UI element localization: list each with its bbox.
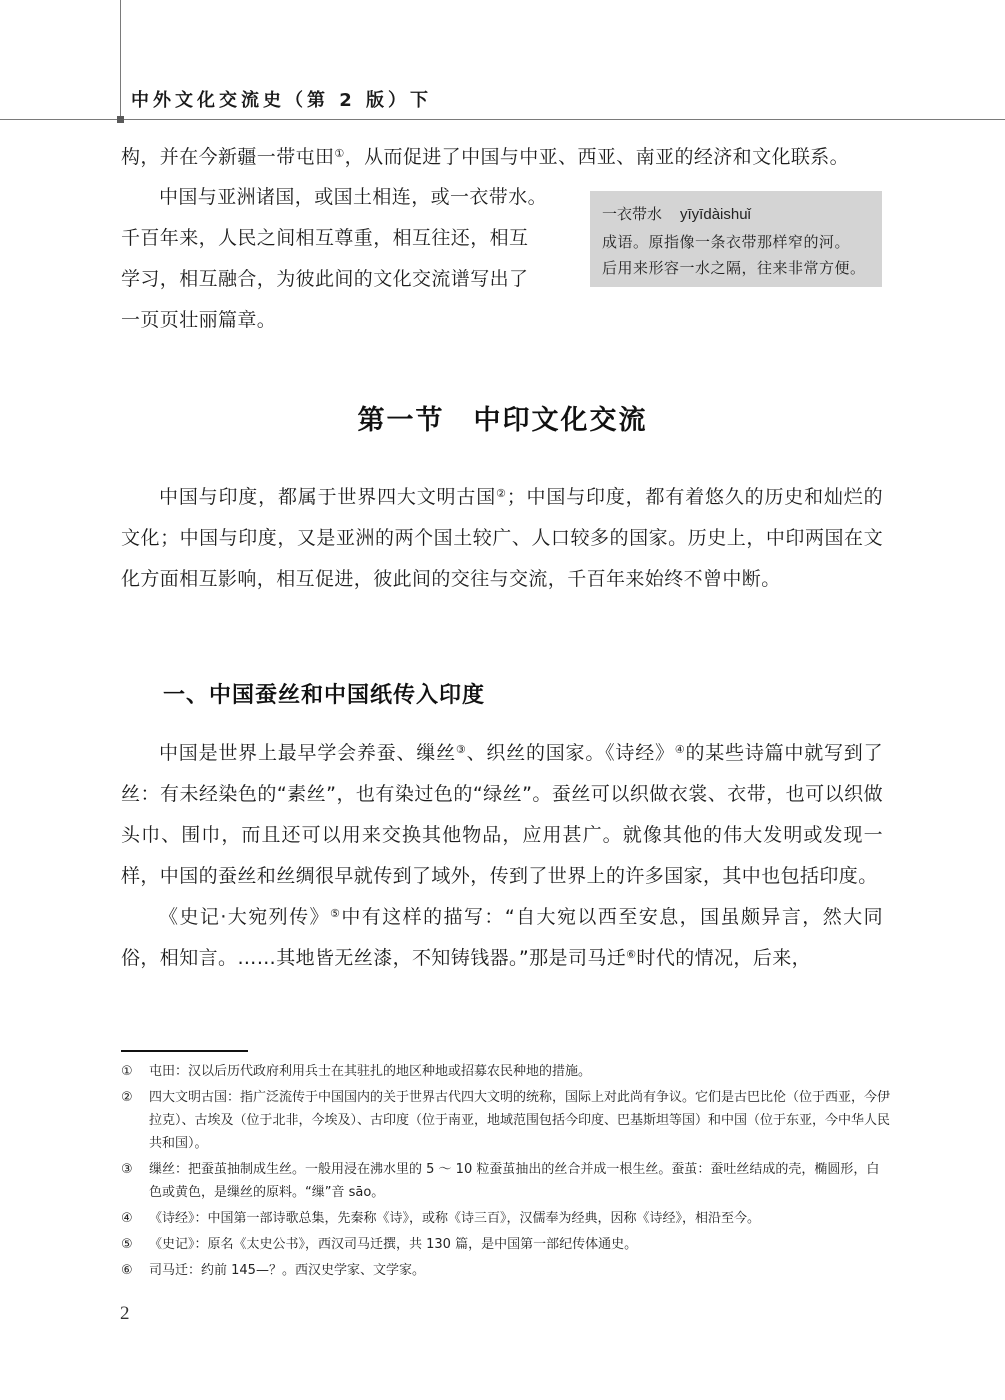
running-title: 中外文化交流史（第 2 版）下	[131, 86, 432, 112]
header-corner-marker	[117, 116, 124, 123]
intro-line-1: 中国与亚洲诸国，或国土相连，或一衣带水。	[121, 177, 571, 218]
footnote-ref-5[interactable]: ⑤	[330, 907, 341, 920]
intro-line-2: 千百年来，人民之间相互尊重，相互往还，相互	[121, 218, 571, 259]
footnote-2: ② 四大文明古国：指广泛流传于中国国内的关于世界古代四大文明的统称，国际上对此尚…	[121, 1086, 891, 1155]
vocab-pinyin: yīyīdàishuǐ	[680, 206, 751, 223]
footnote-5: ⑤ 《史记》：原名《太史公书》，西汉司马迁撰，共 130 篇，是中国第一部纪传体…	[121, 1233, 891, 1256]
vocab-definition-line-2: 后用来形容一水之隔，往来非常方便。	[602, 257, 866, 278]
footnote-text: 司马迁：约前 145—？。西汉史学家、文学家。	[149, 1259, 891, 1282]
intro-text-end: ，从而促进了中国与中亚、西亚、南亚的经济和文化联系。	[345, 146, 849, 168]
footnote-ref-2[interactable]: ②	[496, 487, 507, 500]
intro-paragraph-continued: 构，并在今新疆一带屯田①，从而促进了中国与中亚、西亚、南亚的经济和文化联系。	[121, 137, 883, 178]
subsection-text-a: 中国是世界上最早学会养蚕、缫丝	[159, 742, 456, 764]
footnote-mark: ②	[121, 1086, 149, 1155]
footnote-text: 缫丝：把蚕茧抽制成生丝。一般用浸在沸水里的 5 ～ 10 粒蚕茧抽出的丝合并成一…	[149, 1158, 891, 1204]
footnote-mark: ④	[121, 1207, 149, 1230]
subsection-text-b: 、织丝的国家。《诗经》	[467, 742, 675, 764]
intro-line-3: 学习，相互融合，为彼此间的文化交流谱写出了	[121, 259, 571, 300]
header-vertical-rule	[120, 0, 121, 120]
intro-line: 构，并在今新疆一带屯田①，从而促进了中国与中亚、西亚、南亚的经济和文化联系。	[121, 137, 883, 178]
footnote-separator	[121, 1050, 248, 1052]
footnote-text: 《诗经》：中国第一部诗歌总集，先秦称《诗》，或称《诗三百》，汉儒奉为经典，因称《…	[149, 1207, 891, 1230]
footnote-ref-1[interactable]: ①	[334, 147, 344, 160]
intro-text: 构，并在今新疆一带屯田	[121, 146, 334, 168]
intro-paragraph-2: 中国与亚洲诸国，或国土相连，或一衣带水。 千百年来，人民之间相互尊重，相互往还，…	[121, 177, 571, 341]
section-title: 第一节 中印文化交流	[0, 398, 1005, 437]
vocab-term: 一衣带水	[602, 205, 662, 223]
intro-line-4: 一页页壮丽篇章。	[121, 300, 571, 341]
footnote-text: 屯田：汉以后历代政府利用兵士在其驻扎的地区种地或招募农民种地的措施。	[149, 1060, 891, 1083]
section-paragraph: 中国与印度，都属于世界四大文明古国②；中国与印度，都有着悠久的历史和灿烂的文化；…	[121, 477, 883, 600]
section-text-a: 中国与印度，都属于世界四大文明古国	[159, 486, 496, 508]
header-horizontal-rule	[0, 119, 1005, 120]
footnote-mark: ①	[121, 1060, 149, 1083]
footnote-ref-3[interactable]: ③	[456, 743, 467, 756]
footnote-mark: ③	[121, 1158, 149, 1204]
vocab-definition-line-1: 成语。原指像一条衣带那样窄的河。	[602, 231, 850, 252]
footnote-1: ① 屯田：汉以后历代政府利用兵士在其驻扎的地区种地或招募农民种地的措施。	[121, 1060, 891, 1083]
vocab-term-row: 一衣带水yīyīdàishuǐ	[602, 203, 751, 224]
vocab-note-box: 一衣带水yīyīdàishuǐ 成语。原指像一条衣带那样窄的河。 后用来形容一水…	[590, 191, 882, 287]
footnote-4: ④ 《诗经》：中国第一部诗歌总集，先秦称《诗》，或称《诗三百》，汉儒奉为经典，因…	[121, 1207, 891, 1230]
subsection-p2-text-a: 《史记·大宛列传》	[159, 906, 330, 928]
subsection-paragraph-1: 中国是世界上最早学会养蚕、缫丝③、织丝的国家。《诗经》④的某些诗篇中就写到了丝：…	[121, 733, 883, 979]
page-number: 2	[120, 1303, 130, 1325]
footnote-ref-4[interactable]: ④	[675, 743, 686, 756]
footnote-mark: ⑥	[121, 1259, 149, 1282]
subsection-p2-text-c: 时代的情况，后来，	[636, 947, 811, 969]
footnote-text: 《史记》：原名《太史公书》，西汉司马迁撰，共 130 篇，是中国第一部纪传体通史…	[149, 1233, 891, 1256]
footnote-6: ⑥ 司马迁：约前 145—？。西汉史学家、文学家。	[121, 1259, 891, 1282]
footnote-3: ③ 缫丝：把蚕茧抽制成生丝。一般用浸在沸水里的 5 ～ 10 粒蚕茧抽出的丝合并…	[121, 1158, 891, 1204]
footnote-ref-6[interactable]: ⑥	[626, 948, 636, 961]
footnote-mark: ⑤	[121, 1233, 149, 1256]
footnotes: ① 屯田：汉以后历代政府利用兵士在其驻扎的地区种地或招募农民种地的措施。 ② 四…	[121, 1060, 891, 1285]
footnote-text: 四大文明古国：指广泛流传于中国国内的关于世界古代四大文明的统称，国际上对此尚有争…	[149, 1086, 891, 1155]
subsection-title: 一、中国蚕丝和中国纸传入印度	[163, 678, 485, 709]
